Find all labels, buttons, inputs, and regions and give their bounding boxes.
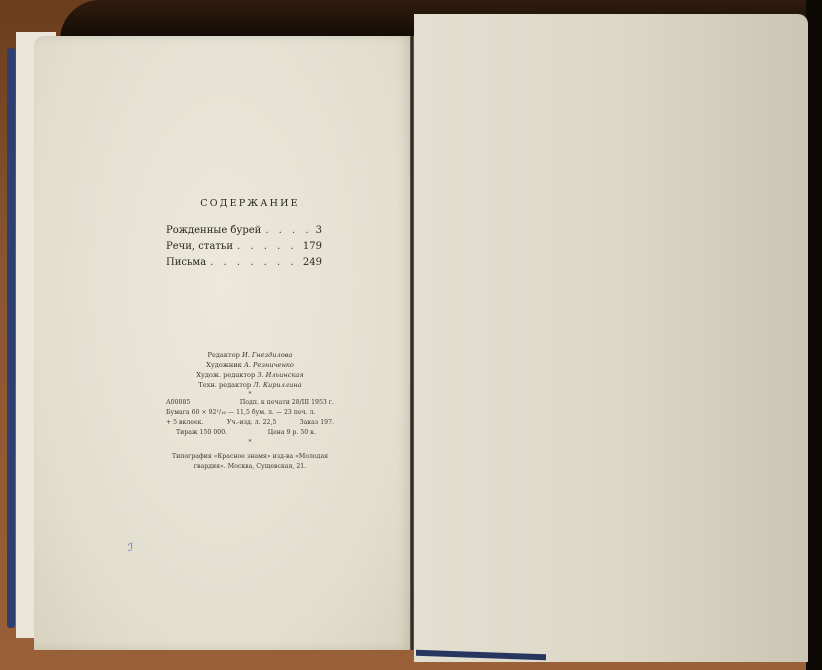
- imprint-row: А00085 Подп. к печати 28/III 1953 г.: [166, 398, 334, 408]
- printer-info: Типография «Красное знамя» изд-ва «Молод…: [160, 452, 340, 472]
- toc-leader-dots: . . . . . .: [261, 223, 315, 239]
- credit-line: Худож. редактор З. Ильинская: [150, 370, 350, 380]
- background-shadow-right: [806, 0, 822, 670]
- left-page: [34, 36, 412, 650]
- credit-line: Техн. редактор Л. Кириллина: [150, 380, 350, 390]
- credit-role: Худож. редактор: [196, 371, 255, 379]
- credit-line: Редактор И. Гнездилова: [150, 350, 350, 360]
- toc-entry-label: Рожденные бурей: [166, 223, 261, 239]
- imprint-middle: Уч.-изд. л. 22,5: [227, 418, 277, 428]
- book-cover-edge: [7, 48, 15, 628]
- printer-line: гвардия». Москва, Сущевская, 21.: [160, 462, 340, 472]
- imprint-right: Подп. к печати 28/III 1953 г.: [240, 398, 334, 408]
- right-page-blank: [414, 14, 808, 662]
- imprint-row: + 5 вклеек. Уч.-изд. л. 22,5 Заказ 197.: [166, 418, 334, 428]
- toc-title: СОДЕРЖАНИЕ: [178, 198, 322, 209]
- imprint-left: А00085: [166, 398, 190, 408]
- imprint-row: Бумага 60 × 92¹/₁₆ — 11,5 бум. л. — 23 п…: [166, 408, 334, 418]
- credit-name: А. Резниченко: [244, 361, 294, 369]
- table-of-contents: СОДЕРЖАНИЕ Рожденные бурей . . . . . . 3…: [166, 198, 322, 271]
- editorial-credits: Редактор И. Гнездилова Художник А. Резни…: [150, 350, 350, 400]
- credit-role: Техн. редактор: [198, 381, 251, 389]
- imprint-row: Тираж 150 000. Цена 9 р. 50 к.: [166, 428, 334, 438]
- toc-entry-page: 179: [303, 239, 322, 255]
- imprint-block: А00085 Подп. к печати 28/III 1953 г. Бум…: [166, 398, 334, 448]
- imprint-left: Бумага 60 × 92¹/₁₆ — 11,5 бум. л. — 23 п…: [166, 408, 316, 418]
- credit-role: Редактор: [208, 351, 240, 359]
- imprint-right: Заказ 197.: [300, 418, 334, 428]
- credit-line: Художник А. Резниченко: [150, 360, 350, 370]
- ink-stamp-mark-icon: ℐ: [128, 542, 142, 554]
- toc-entry: Речи, статьи . . . . . . . . . 179: [166, 239, 322, 255]
- separator-asterisk: *: [166, 438, 334, 448]
- toc-entry-label: Речи, статьи: [166, 239, 233, 255]
- toc-leader-dots: . . . . . . . . . . .: [206, 255, 303, 271]
- printer-line: Типография «Красное знамя» изд-ва «Молод…: [160, 452, 340, 462]
- credit-name: И. Гнездилова: [242, 351, 293, 359]
- credit-name: З. Ильинская: [257, 371, 303, 379]
- credit-role: Художник: [206, 361, 242, 369]
- imprint-left: Тираж 150 000.: [176, 428, 227, 438]
- toc-entry: Письма . . . . . . . . . . . 249: [166, 255, 322, 271]
- toc-leader-dots: . . . . . . . . .: [233, 239, 303, 255]
- toc-entry-label: Письма: [166, 255, 206, 271]
- toc-entry: Рожденные бурей . . . . . . 3: [166, 223, 322, 239]
- imprint-left: + 5 вклеек.: [166, 418, 204, 428]
- credit-name: Л. Кириллина: [253, 381, 301, 389]
- toc-entry-page: 3: [316, 223, 322, 239]
- imprint-right: Цена 9 р. 50 к.: [268, 428, 316, 438]
- toc-entry-page: 249: [303, 255, 322, 271]
